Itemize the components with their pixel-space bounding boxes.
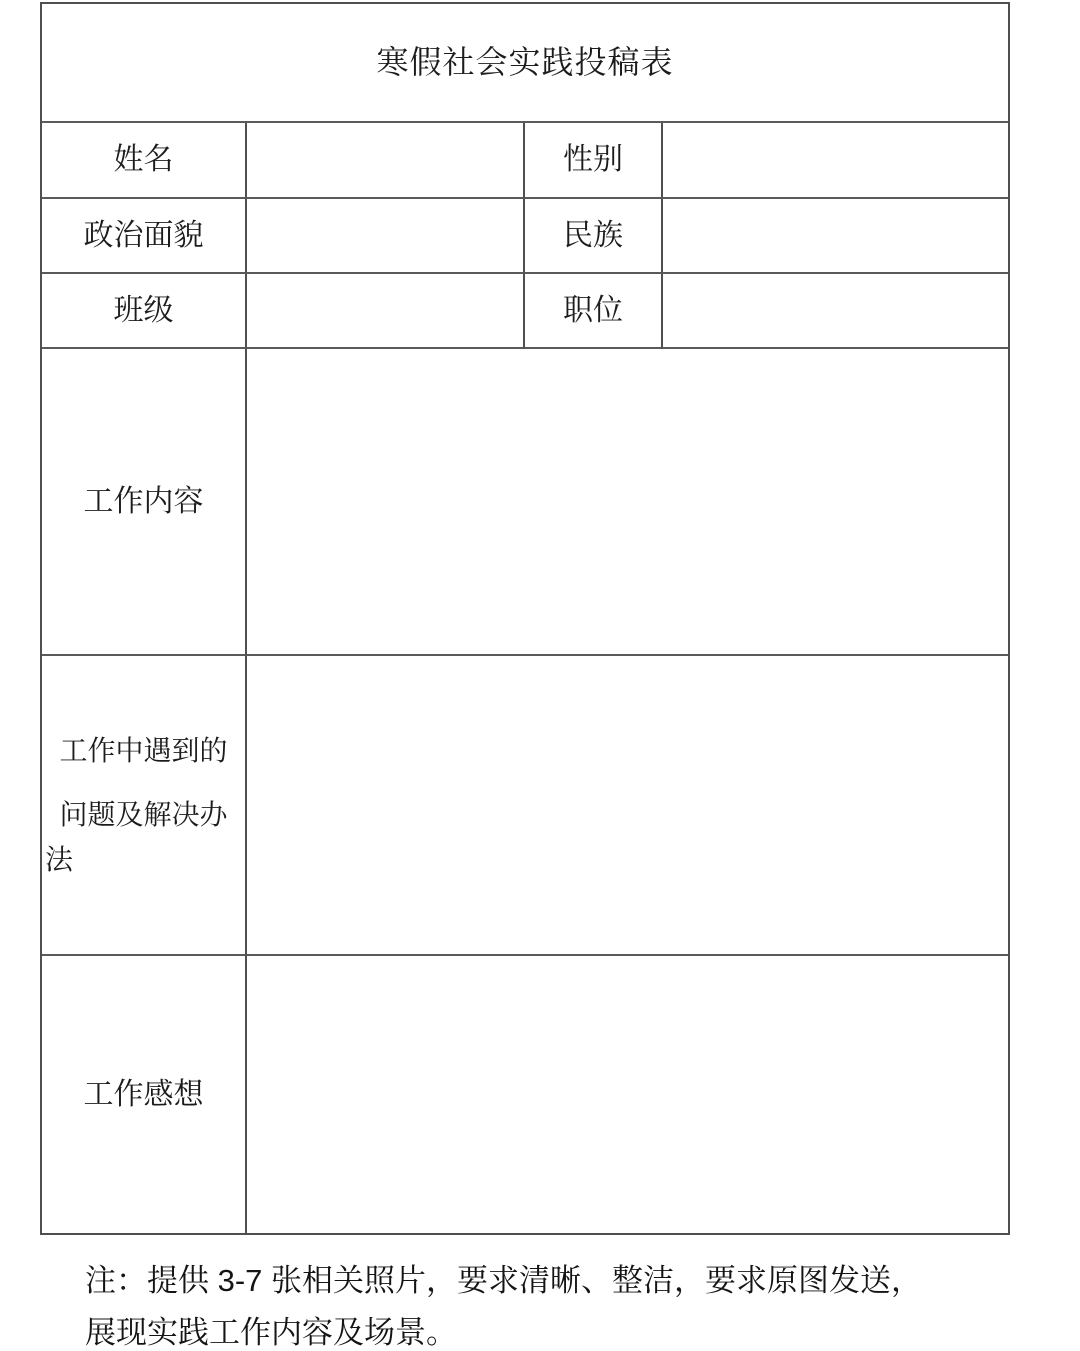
gender-value-cell[interactable] — [663, 123, 1008, 199]
class-label: 班级 — [42, 274, 247, 349]
footer-note: 注：提供 3-7 张相关照片，要求清晰、整洁，要求原图发送， 展现实践工作内容及… — [85, 1255, 1025, 1351]
work-reflection-label: 工作感想 — [42, 956, 247, 1233]
gender-label: 性别 — [525, 123, 663, 199]
work-reflection-value-cell[interactable] — [247, 956, 1008, 1233]
footer-note-line1: 注：提供 3-7 张相关照片，要求清晰、整洁，要求原图发送， — [85, 1255, 1025, 1307]
practice-form-table: 寒假社会实践投稿表 姓名 性别 政治面貌 民族 班级 职位 工作内容 工作中遇到… — [40, 2, 1010, 1235]
problems-solutions-label-line2: 问题及解决办 — [42, 801, 245, 829]
ethnicity-value-cell[interactable] — [663, 199, 1008, 274]
problems-solutions-label-line3: 法 — [42, 846, 245, 874]
position-label: 职位 — [525, 274, 663, 349]
political-status-label: 政治面貌 — [42, 199, 247, 274]
class-value-cell[interactable] — [247, 274, 525, 349]
name-label: 姓名 — [42, 123, 247, 199]
work-content-value-cell[interactable] — [247, 349, 1008, 656]
problems-solutions-value-cell[interactable] — [247, 656, 1008, 956]
form-title: 寒假社会实践投稿表 — [42, 4, 1008, 123]
ethnicity-label: 民族 — [525, 199, 663, 274]
name-value-cell[interactable] — [247, 123, 525, 199]
problems-solutions-label: 工作中遇到的 问题及解决办 法 — [42, 656, 247, 956]
problems-solutions-label-line1: 工作中遇到的 — [42, 737, 245, 765]
work-content-label: 工作内容 — [42, 349, 247, 656]
political-status-value-cell[interactable] — [247, 199, 525, 274]
position-value-cell[interactable] — [663, 274, 1008, 349]
footer-note-line2: 展现实践工作内容及场景。 — [85, 1307, 1025, 1351]
